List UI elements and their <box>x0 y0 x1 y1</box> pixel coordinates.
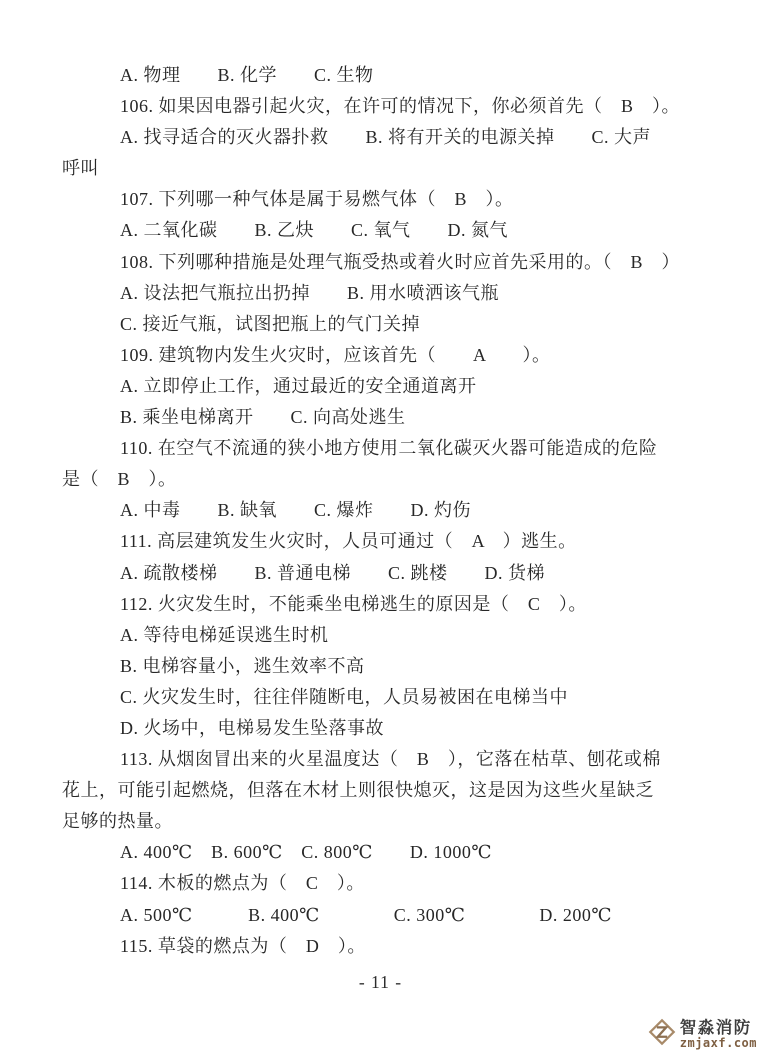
text-line: 113. 从烟囱冒出来的火星温度达（ B ），它落在枯草、刨花或棉 <box>62 744 721 775</box>
watermark-domain: zmjaxf.com <box>680 1037 757 1050</box>
text-line: A. 立即停止工作，通过最近的安全通道离开 <box>62 371 721 402</box>
text-line: 106. 如果因电器引起火灾，在许可的情况下，你必须首先（ B ）。 <box>62 91 721 122</box>
text-line: C. 接近气瓶，试图把瓶上的气门关掉 <box>62 309 721 340</box>
text-line: 115. 草袋的燃点为（ D ）。 <box>62 931 721 962</box>
watermark-brand-name: 智淼消防 <box>680 1020 757 1037</box>
document-body: A. 物理 B. 化学 C. 生物 106. 如果因电器引起火灾，在许可的情况下… <box>62 60 721 962</box>
text-line: 是（ B ）。 <box>62 464 721 495</box>
text-line: A. 找寻适合的灭火器扑救 B. 将有开关的电源关掉 C. 大声 <box>62 122 721 153</box>
text-line: B. 电梯容量小，逃生效率不高 <box>62 651 721 682</box>
text-line: A. 400℃ B. 600℃ C. 800℃ D. 1000℃ <box>62 837 721 868</box>
text-line: 呼叫 <box>62 153 721 184</box>
watermark-logo: 智淼消防 zmjaxf.com <box>647 1017 757 1052</box>
text-line: 114. 木板的燃点为（ C ）。 <box>62 868 721 899</box>
page-number: - 11 - <box>0 972 761 993</box>
text-line: A. 物理 B. 化学 C. 生物 <box>62 60 721 91</box>
text-line: D. 火场中，电梯易发生坠落事故 <box>62 713 721 744</box>
document-page: A. 物理 B. 化学 C. 生物 106. 如果因电器引起火灾，在许可的情况下… <box>0 0 761 1056</box>
zhimiao-logo-icon <box>647 1017 677 1052</box>
text-line: C. 火灾发生时，往往伴随断电，人员易被困在电梯当中 <box>62 682 721 713</box>
text-line: 109. 建筑物内发生火灾时，应该首先（ A ）。 <box>62 340 721 371</box>
text-line: A. 500℃ B. 400℃ C. 300℃ D. 200℃ <box>62 900 721 931</box>
text-line: A. 二氧化碳 B. 乙炔 C. 氧气 D. 氮气 <box>62 215 721 246</box>
text-line: 112. 火灾发生时，不能乘坐电梯逃生的原因是（ C ）。 <box>62 589 721 620</box>
text-line: 110. 在空气不流通的狭小地方使用二氧化碳灭火器可能造成的危险 <box>62 433 721 464</box>
text-line: 108. 下列哪种措施是处理气瓶受热或着火时应首先采用的。（ B ） <box>62 247 721 278</box>
text-line: A. 疏散楼梯 B. 普通电梯 C. 跳楼 D. 货梯 <box>62 558 721 589</box>
text-line: A. 等待电梯延误逃生时机 <box>62 620 721 651</box>
text-line: 足够的热量。 <box>62 806 721 837</box>
text-line: A. 设法把气瓶拉出扔掉 B. 用水喷洒该气瓶 <box>62 278 721 309</box>
text-line: 107. 下列哪一种气体是属于易燃气体（ B ）。 <box>62 184 721 215</box>
text-line: B. 乘坐电梯离开 C. 向高处逃生 <box>62 402 721 433</box>
text-line: 111. 高层建筑发生火灾时，人员可通过（ A ）逃生。 <box>62 526 721 557</box>
text-line: 花上，可能引起燃烧，但落在木材上则很快熄灭，这是因为这些火星缺乏 <box>62 775 721 806</box>
text-line: A. 中毒 B. 缺氧 C. 爆炸 D. 灼伤 <box>62 495 721 526</box>
watermark-text: 智淼消防 zmjaxf.com <box>680 1020 757 1050</box>
